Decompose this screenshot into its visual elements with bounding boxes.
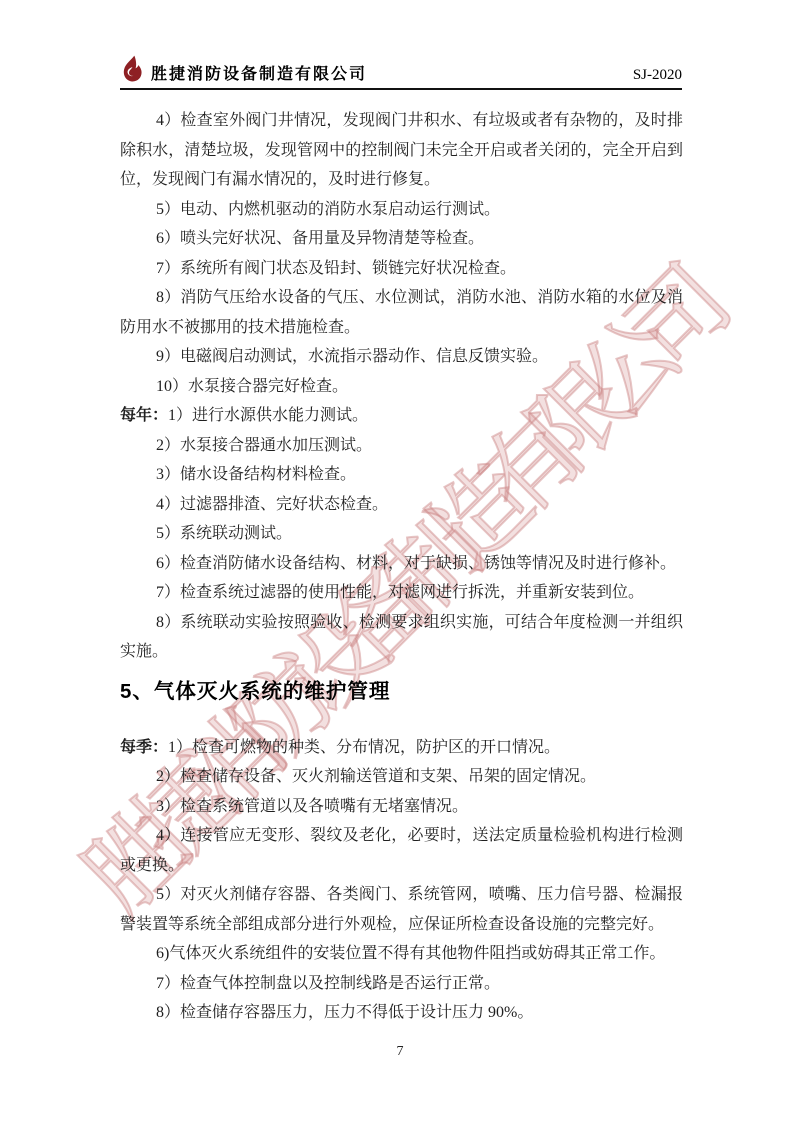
page-number: 7: [0, 1044, 800, 1060]
list-item: 8）消防气压给水设备的气压、水位测试，消防水池、消防水箱的水位及消防用水不被挪用…: [120, 283, 683, 342]
list-item: 5）系统联动测试。: [120, 519, 683, 549]
list-item: 10）水泵接合器完好检查。: [120, 372, 683, 402]
list-item: 7）系统所有阀门状态及铅封、锁链完好状况检查。: [120, 254, 683, 284]
company-name: 胜捷消防设备制造有限公司: [151, 61, 633, 84]
list-item: 2）检查储存设备、灭火剂输送管道和支架、吊架的固定情况。: [120, 762, 683, 792]
list-item: 8）系统联动实验按照验收、检测要求组织实施，可结合年度检测一并组织实施。: [120, 608, 683, 667]
list-item: 3）储水设备结构材料检查。: [120, 460, 683, 490]
list-item: 6)气体灭火系统组件的安装位置不得有其他物件阻挡或妨碍其正常工作。: [120, 939, 683, 969]
list-item: 4）过滤器排渣、完好状态检查。: [120, 490, 683, 520]
list-item: 6）检查消防储水设备结构、材料，对于缺损、锈蚀等情况及时进行修补。: [120, 549, 683, 579]
list-item: 4）检查室外阀门井情况，发现阀门井积水、有垃圾或者有杂物的，及时排除积水，清楚垃…: [120, 106, 683, 195]
list-item: 9）电磁阀启动测试，水流指示器动作、信息反馈实验。: [120, 342, 683, 372]
list-item: 4）连接管应无变形、裂纹及老化，必要时，送法定质量检验机构进行检测或更换。: [120, 821, 683, 880]
section-heading: 5、气体灭火系统的维护管理: [120, 677, 683, 707]
schedule-label: 每年：: [120, 407, 168, 424]
list-item: 6）喷头完好状况、备用量及异物清楚等检查。: [120, 224, 683, 254]
schedule-label: 每季：: [120, 739, 168, 756]
list-item: 7）检查气体控制盘以及控制线路是否运行正常。: [120, 969, 683, 999]
document-body: 4）检查室外阀门井情况，发现阀门井积水、有垃圾或者有杂物的，及时排除积水，清楚垃…: [120, 90, 683, 1028]
list-item: 2）水泵接合器通水加压测试。: [120, 431, 683, 461]
document-page: 胜捷消防设备制造有限公司 胜捷消防设备制造有限公司 SJ-2020 4）检查室外…: [0, 0, 800, 1131]
list-item: 7）检查系统过滤器的使用性能，对滤网进行拆洗，并重新安装到位。: [120, 578, 683, 608]
list-item: 每年：1）进行水源供水能力测试。: [120, 401, 683, 431]
list-item: 5）对灭火剂储存容器、各类阀门、系统管网，喷嘴、压力信号器、检漏报警装置等系统全…: [120, 880, 683, 939]
document-code: SJ-2020: [633, 67, 682, 84]
list-item: 5）电动、内燃机驱动的消防水泵启动运行测试。: [120, 195, 683, 225]
page-header: 胜捷消防设备制造有限公司 SJ-2020: [120, 0, 682, 90]
list-item: 每季：1）检查可燃物的种类、分布情况，防护区的开口情况。: [120, 733, 683, 763]
list-item: 3）检查系统管道以及各喷嘴有无堵塞情况。: [120, 792, 683, 822]
list-item: 8）检查储存容器压力，压力不得低于设计压力 90%。: [120, 998, 683, 1028]
flame-icon: [120, 55, 143, 84]
